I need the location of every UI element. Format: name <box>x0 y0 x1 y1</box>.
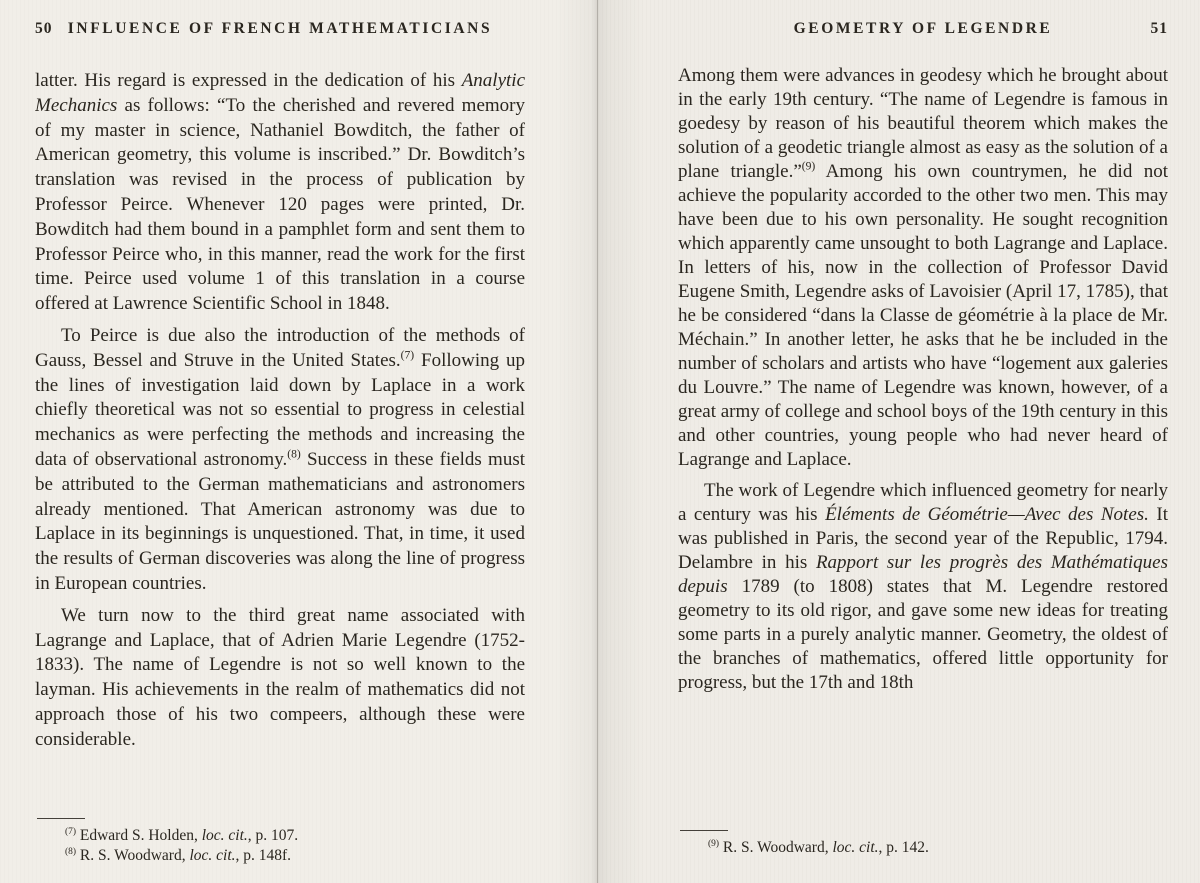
footnote: (7) Edward S. Holden, loc. cit., p. 107. <box>35 826 525 846</box>
running-title-left: INFLUENCE OF FRENCH MATHEMATICIANS <box>35 20 525 38</box>
paragraph: The work of Legendre which influenced ge… <box>678 479 1168 695</box>
page-number-right: 51 <box>1151 20 1169 38</box>
page-left: 50 INFLUENCE OF FRENCH MATHEMATICIANS la… <box>0 0 598 883</box>
footnotes-right: (9) R. S. Woodward, loc. cit., p. 142. <box>678 830 1168 858</box>
book-spread: 50 INFLUENCE OF FRENCH MATHEMATICIANS la… <box>0 0 1200 883</box>
paragraph: We turn now to the third great name asso… <box>35 604 525 753</box>
running-head-left: 50 INFLUENCE OF FRENCH MATHEMATICIANS <box>35 20 525 40</box>
footnote-rule <box>37 818 85 819</box>
page-right: GEOMETRY OF LEGENDRE 51 Among them were … <box>598 0 1200 883</box>
paragraph: latter. His regard is expressed in the d… <box>35 69 525 317</box>
paragraph: Among them were advances in geodesy whic… <box>678 64 1168 472</box>
page-body-right: Among them were advances in geodesy whic… <box>678 64 1168 830</box>
page-body-left: latter. His regard is expressed in the d… <box>35 69 525 818</box>
footnote: (8) R. S. Woodward, loc. cit., p. 148f. <box>35 846 525 866</box>
running-head-right: GEOMETRY OF LEGENDRE 51 <box>678 20 1168 40</box>
paragraph: To Peirce is due also the introduction o… <box>35 324 525 597</box>
page-number-left: 50 <box>35 20 53 38</box>
footnotes-left: (7) Edward S. Holden, loc. cit., p. 107.… <box>35 818 525 865</box>
footnote-rule <box>680 830 728 831</box>
footnote: (9) R. S. Woodward, loc. cit., p. 142. <box>678 838 1168 858</box>
running-title-right: GEOMETRY OF LEGENDRE <box>678 20 1168 38</box>
